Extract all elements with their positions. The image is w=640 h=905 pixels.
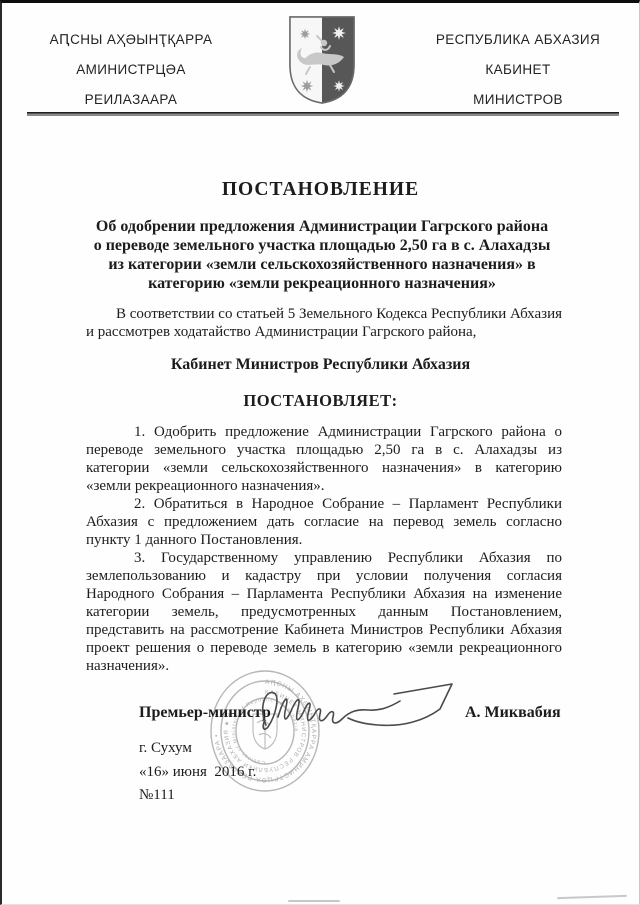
subject-line: о переводе земельного участка площадью 2…	[84, 236, 560, 255]
coat-of-arms-icon	[286, 13, 358, 107]
header-org-abkhaz-line: АԤСНЫ АҲӘЫНҬҚАРРА	[26, 25, 236, 55]
scan-smudge	[288, 900, 340, 902]
resolution-word: ПОСТАНОВЛЯЕТ:	[2, 391, 639, 411]
header-org-abkhaz: АԤСНЫ АҲӘЫНҬҚАРРА АМИНИСТРЦӘА РЕИЛАЗААРА	[26, 25, 236, 115]
header-org-russian-line: МИНИСТРОВ	[413, 85, 623, 115]
decree-item-3: 3. Государственному управлению Республик…	[86, 549, 562, 675]
preamble-paragraph: В соответствии со статьей 5 Земельного К…	[86, 305, 562, 341]
header-org-russian: РЕСПУБЛИКА АБХАЗИЯ КАБИНЕТ МИНИСТРОВ	[413, 25, 623, 115]
scan-smudge	[557, 895, 627, 899]
date-line: «16» июня 2016 г.	[139, 764, 256, 781]
decree-item-1: 1. Одобрить предложение Администрации Га…	[86, 423, 562, 495]
document-title: ПОСТАНОВЛЕНИЕ	[2, 179, 639, 201]
header-org-russian-line: КАБИНЕТ	[413, 55, 623, 85]
signature-autograph-icon	[254, 679, 469, 744]
document-subject: Об одобрении предложения Администрации Г…	[84, 217, 560, 293]
header-divider	[27, 112, 619, 116]
subject-line: категорию «земли рекреационного назначен…	[84, 274, 560, 293]
place-line: г. Сухум	[139, 740, 192, 757]
header-org-abkhaz-line: АМИНИСТРЦӘА	[26, 55, 236, 85]
header-org-russian-line: РЕСПУБЛИКА АБХАЗИЯ	[413, 25, 623, 55]
header-org-abkhaz-line: РЕИЛАЗААРА	[26, 85, 236, 115]
signer-post: Премьер-министр	[139, 704, 271, 722]
decree-item-2: 2. Обратиться в Народное Собрание – Парл…	[86, 495, 562, 549]
issuer-line: Кабинет Министров Республики Абхазия	[2, 356, 639, 374]
signer-name: А. Миквабия	[465, 704, 561, 722]
decree-document-page: АԤСНЫ АҲӘЫНҬҚАРРА АМИНИСТРЦӘА РЕИЛАЗААРА	[0, 0, 640, 905]
subject-line: Об одобрении предложения Администрации Г…	[84, 217, 560, 236]
subject-line: из категории «земли сельскохозяйственног…	[84, 255, 560, 274]
document-number: №111	[139, 787, 175, 804]
decree-items: 1. Одобрить предложение Администрации Га…	[86, 423, 562, 675]
